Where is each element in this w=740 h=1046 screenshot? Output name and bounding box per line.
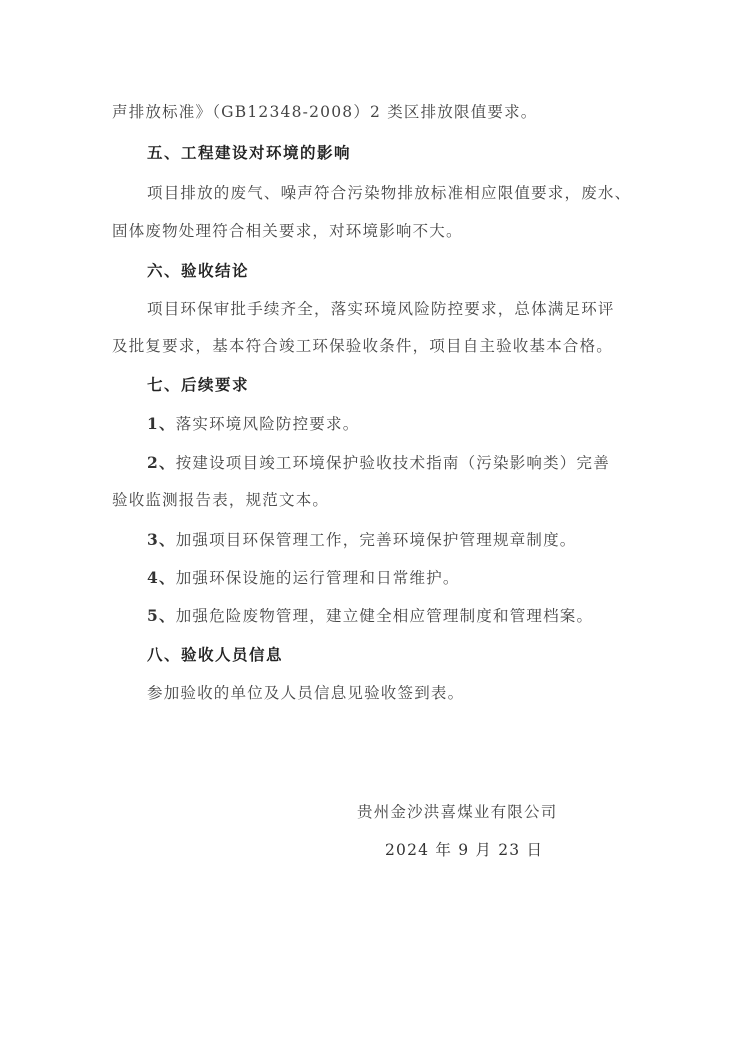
paragraph-line: 验收监测报告表，规范文本。	[112, 488, 329, 510]
item-number: 5、	[147, 606, 176, 625]
paragraph-line: 项目环保审批手续齐全，落实环境风险防控要求，总体满足环评	[147, 297, 615, 319]
item-text: 落实环境风险防控要求。	[176, 415, 360, 433]
requirement-item-3: 3、加强项目环保管理工作，完善环境保护管理规章制度。	[147, 528, 577, 550]
item-number: 1、	[147, 414, 176, 433]
item-number: 4、	[147, 568, 176, 587]
paragraph-line: 参加验收的单位及人员信息见验收签到表。	[147, 681, 464, 703]
item-text: 加强项目环保管理工作，完善环境保护管理规章制度。	[176, 531, 577, 549]
paragraph-line: 固体废物处理符合相关要求，对环境影响不大。	[112, 219, 463, 241]
item-text: 加强环保设施的运行管理和日常维护。	[176, 569, 460, 587]
signature-date: 2024 年 9 月 23 日	[385, 838, 543, 860]
section-heading-8: 八、验收人员信息	[147, 643, 283, 665]
item-number: 3、	[147, 530, 176, 549]
paragraph-line: 及批复要求，基本符合竣工环保验收条件，项目自主验收基本合格。	[112, 334, 613, 356]
requirement-item-1: 1、落实环境风险防控要求。	[147, 412, 359, 434]
paragraph-line: 声排放标准》（GB12348-2008）2 类区排放限值要求。	[112, 100, 538, 122]
requirement-item-2: 2、按建设项目竣工环境保护验收技术指南（污染影响类）完善	[147, 451, 610, 473]
requirement-item-4: 4、加强环保设施的运行管理和日常维护。	[147, 566, 460, 588]
section-heading-5: 五、工程建设对环境的影响	[147, 141, 351, 163]
item-text: 按建设项目竣工环境保护验收技术指南（污染影响类）完善	[176, 454, 610, 472]
paragraph-line: 项目排放的废气、噪声符合污染物排放标准相应限值要求，废水、	[147, 181, 631, 203]
requirement-item-5: 5、加强危险废物管理，建立健全相应管理制度和管理档案。	[147, 604, 593, 626]
item-text: 加强危险废物管理，建立健全相应管理制度和管理档案。	[176, 607, 594, 625]
signature-company: 贵州金沙洪喜煤业有限公司	[357, 800, 557, 822]
section-heading-6: 六、验收结论	[147, 259, 249, 281]
section-heading-7: 七、后续要求	[147, 373, 249, 395]
item-number: 2、	[147, 453, 176, 472]
